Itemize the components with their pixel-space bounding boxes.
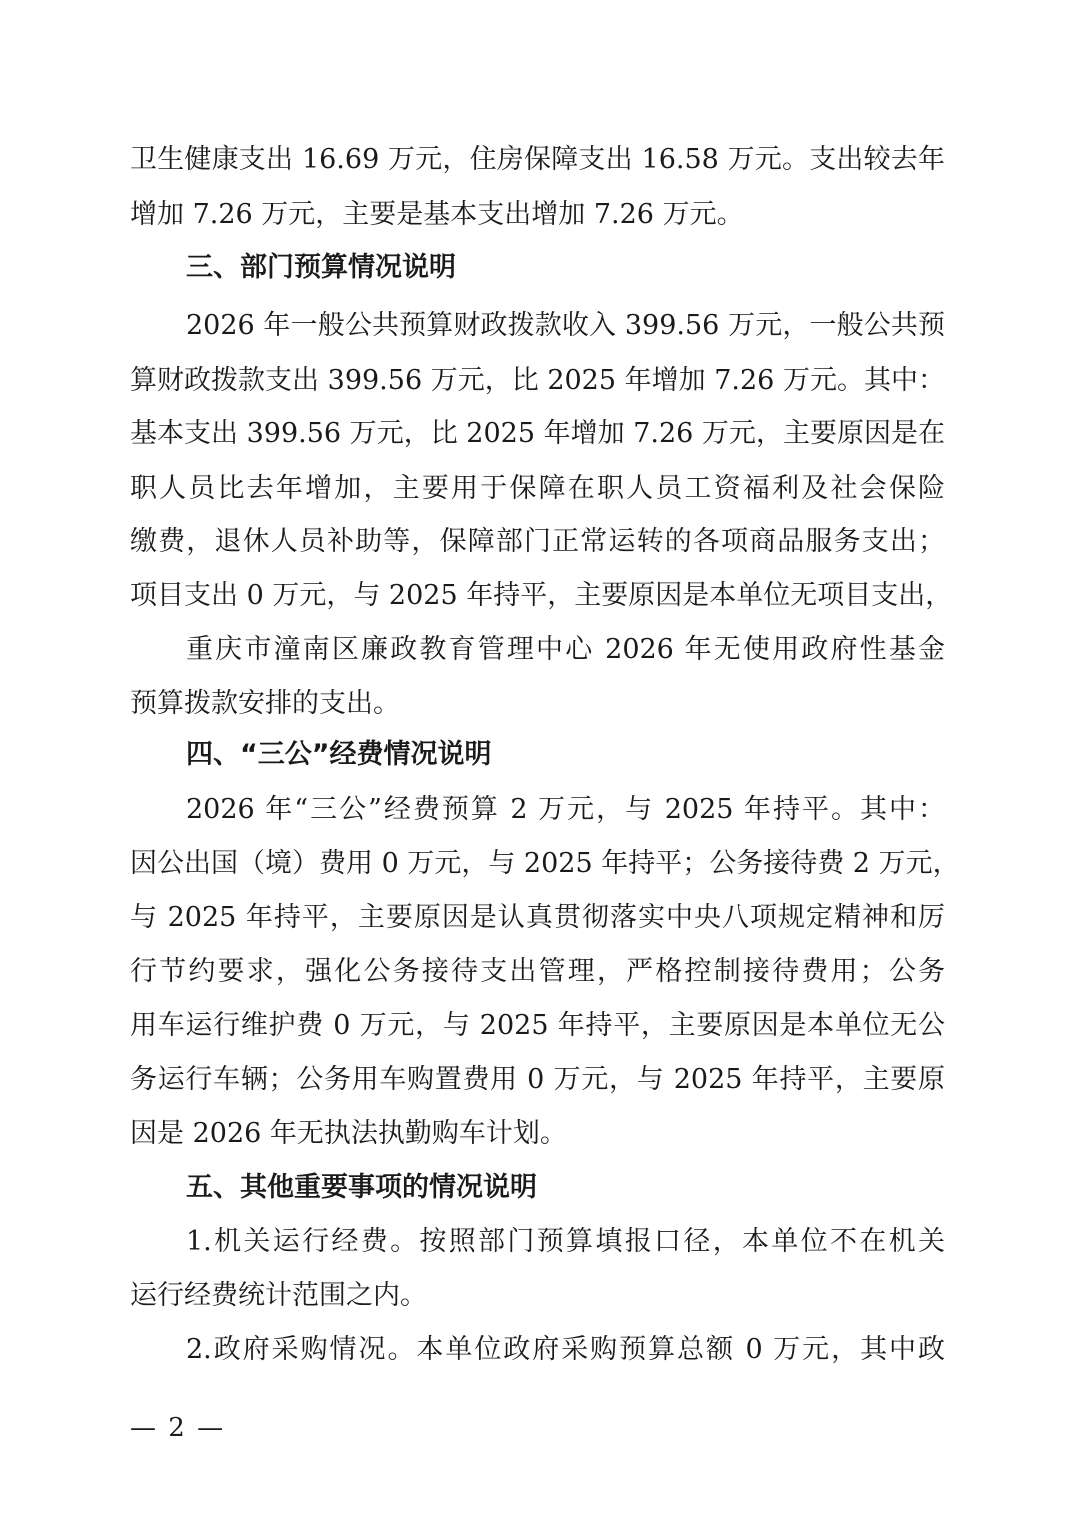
paragraph-line: 基本支出 399.56 万元，比 2025 年增加 7.26 万元，主要原因是在 xyxy=(130,414,945,454)
section-heading-3: 三、部门预算情况说明 xyxy=(186,248,456,288)
paragraph-line: 因公出国（境）费用 0 万元，与 2025 年持平；公务接待费 2 万元， xyxy=(130,844,945,884)
page-number: — 2 — xyxy=(130,1410,225,1446)
paragraph-line: 卫生健康支出 16.69 万元，住房保障支出 16.58 万元。支出较去年 xyxy=(130,140,945,180)
section-heading-5: 五、其他重要事项的情况说明 xyxy=(186,1168,537,1208)
paragraph-line: 与 2025 年持平，主要原因是认真贯彻落实中央八项规定精神和厉 xyxy=(130,898,945,938)
paragraph-line: 1.机关运行经费。按照部门预算填报口径，本单位不在机关 xyxy=(186,1222,945,1262)
paragraph-line: 因是 2026 年无执法执勤购车计划。 xyxy=(130,1114,945,1154)
paragraph-line: 2.政府采购情况。本单位政府采购预算总额 0 万元，其中政 xyxy=(186,1330,945,1370)
paragraph-line: 重庆市潼南区廉政教育管理中心 2026 年无使用政府性基金 xyxy=(186,630,945,670)
paragraph-line: 增加 7.26 万元，主要是基本支出增加 7.26 万元。 xyxy=(130,195,945,235)
paragraph-line: 缴费，退休人员补助等，保障部门正常运转的各项商品服务支出； xyxy=(130,522,945,562)
paragraph-line: 2026 年一般公共预算财政拨款收入 399.56 万元，一般公共预 xyxy=(186,306,945,346)
section-heading-4: 四、“三公”经费情况说明 xyxy=(186,735,492,775)
paragraph-line: 职人员比去年增加，主要用于保障在职人员工资福利及社会保险 xyxy=(130,469,945,509)
paragraph-line: 务运行车辆；公务用车购置费用 0 万元，与 2025 年持平，主要原 xyxy=(130,1060,945,1100)
paragraph-line: 2026 年“三公”经费预算 2 万元，与 2025 年持平。其中： xyxy=(186,790,945,830)
paragraph-line: 用车运行维护费 0 万元，与 2025 年持平，主要原因是本单位无公 xyxy=(130,1006,945,1046)
paragraph-line: 预算拨款安排的支出。 xyxy=(130,684,945,724)
paragraph-line: 运行经费统计范围之内。 xyxy=(130,1276,945,1316)
paragraph-line: 行节约要求，强化公务接待支出管理，严格控制接待费用；公务 xyxy=(130,952,945,992)
paragraph-line: 项目支出 0 万元，与 2025 年持平，主要原因是本单位无项目支出， xyxy=(130,576,945,616)
paragraph-line: 算财政拨款支出 399.56 万元，比 2025 年增加 7.26 万元。其中： xyxy=(130,361,945,401)
